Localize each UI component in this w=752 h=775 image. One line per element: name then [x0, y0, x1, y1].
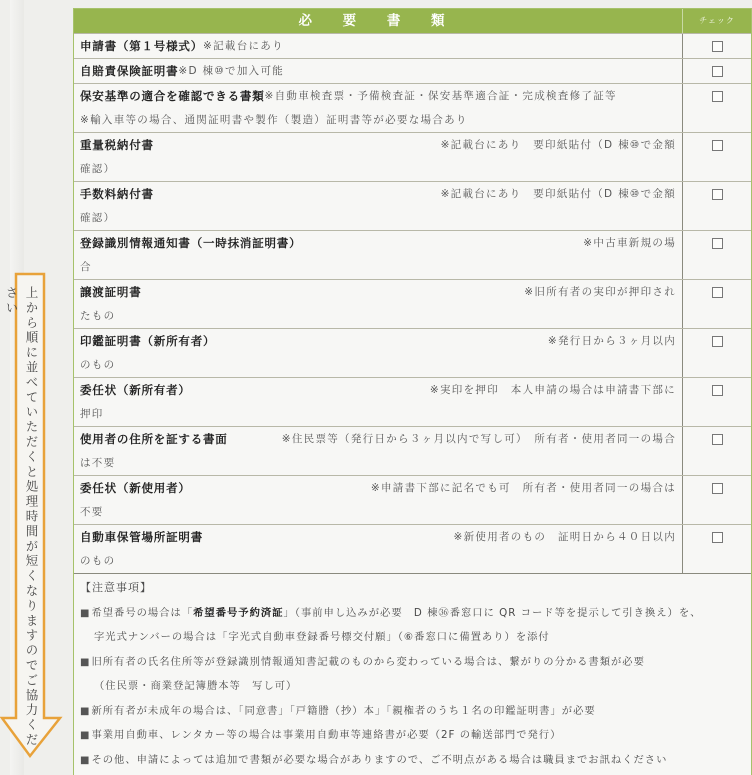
document-row: 登録識別情報通知書（一時抹消証明書）※中古車新規の場 合 [74, 230, 751, 279]
document-row: 印鑑証明書（新所有者）※発行日から３ヶ月以内 のもの [74, 328, 751, 377]
document-title: 譲渡証明書 [80, 280, 142, 304]
document-note-continued: 確認） [80, 206, 115, 230]
note-item: ■新所有者が未成年の場合は、「同意書」「戸籍謄（抄）本」「親権者のうち１名の印鑑… [80, 699, 745, 724]
document-note: ※記載台にあり 要印紙貼付（D 棟⑩で金額 [441, 182, 676, 206]
check-box[interactable] [712, 66, 723, 77]
document-title: 保安基準の適合を確認できる書類 [80, 84, 265, 108]
check-box[interactable] [712, 483, 723, 494]
notes-section: 【注意事項】 ■希望番号の場合は「希望番号予約済証」（事前申し込みが必要 D 棟… [74, 573, 751, 775]
check-box[interactable] [712, 434, 723, 445]
document-title: 申請書（第１号様式） [80, 34, 203, 58]
document-note: ※記載台にあり [203, 34, 284, 58]
required-documents-table: 必 要 書 類 チェック 申請書（第１号様式）※記載台にあり 自賠責保険証明書※… [73, 8, 752, 775]
check-box[interactable] [712, 532, 723, 543]
table-header: 必 要 書 類 チェック [74, 9, 751, 33]
document-note: ※申請書下部に記名でも可 所有者・使用者同一の場合は [371, 476, 676, 500]
document-row: 使用者の住所を証する書面※住民票等（発行日から３ヶ月以内で写し可） 所有者・使用… [74, 426, 751, 475]
document-title: 委任状（新使用者） [80, 476, 191, 500]
check-box[interactable] [712, 91, 723, 102]
document-note: ※中古車新規の場 [583, 231, 676, 255]
note-item: ■希望番号の場合は「希望番号予約済証」（事前申し込みが必要 D 棟㊱番窓口に Q… [80, 601, 745, 626]
document-note: ※D 棟⑩で加入可能 [178, 59, 284, 83]
document-note: ※記載台にあり 要印紙貼付（D 棟⑩で金額 [441, 133, 676, 157]
document-row: 手数料納付書※記載台にあり 要印紙貼付（D 棟⑩で金額 確認） [74, 181, 751, 230]
document-note-continued: 合 [80, 255, 92, 279]
document-row: 委任状（新使用者）※申請書下部に記名でも可 所有者・使用者同一の場合は 不要 [74, 475, 751, 524]
document-title: 使用者の住所を証する書面 [80, 427, 228, 451]
document-note-continued: 押印 [80, 402, 104, 426]
document-note: ※発行日から３ヶ月以内 [548, 329, 676, 353]
note-item-continued: （住民票・商業登記簿謄本等 写し可） [80, 674, 745, 699]
document-title: 登録識別情報通知書（一時抹消証明書） [80, 231, 301, 255]
document-row: 自賠責保険証明書※D 棟⑩で加入可能 [74, 58, 751, 83]
document-note-continued: のもの [80, 353, 115, 377]
document-row: 重量税納付書※記載台にあり 要印紙貼付（D 棟⑩で金額 確認） [74, 132, 751, 181]
document-row: 譲渡証明書※旧所有者の実印が押印され たもの [74, 279, 751, 328]
document-note-continued: 確認） [80, 157, 115, 181]
document-note: ※新使用者のもの 証明日から４０日以内 [454, 525, 677, 549]
document-title: 委任状（新所有者） [80, 378, 191, 402]
check-box[interactable] [712, 140, 723, 151]
document-note-continued: のもの [80, 549, 115, 573]
document-note-continued: ※輸入車等の場合、通関証明書や製作（製造）証明書等が必要な場合あり [80, 108, 468, 132]
document-title: 重量税納付書 [80, 133, 154, 157]
check-column-header: チェック [683, 9, 751, 33]
check-box[interactable] [712, 287, 723, 298]
check-box[interactable] [712, 41, 723, 52]
document-title: 手数料納付書 [80, 182, 154, 206]
order-instruction-text: 上から順に並べていただくと処理時間が短くなりますのでご協力ください [21, 286, 41, 760]
note-emphasis: 希望番号予約済証 [193, 607, 283, 619]
bullet-square-icon: ■ [80, 730, 90, 741]
document-note: ※住民票等（発行日から３ヶ月以内で写し可） 所有者・使用者同一の場合 [282, 427, 676, 451]
table-title: 必 要 書 類 [74, 9, 683, 33]
document-row: 自動車保管場所証明書※新使用者のもの 証明日から４０日以内 のもの [74, 524, 751, 573]
document-row: 保安基準の適合を確認できる書類※自動車検査票・予備検査証・保安基準適合証・完成検… [74, 83, 751, 132]
document-note-continued: は不要 [80, 451, 115, 475]
check-box[interactable] [712, 238, 723, 249]
bullet-square-icon: ■ [80, 608, 90, 619]
bullet-square-icon: ■ [80, 657, 90, 668]
check-box[interactable] [712, 336, 723, 347]
note-item: ■その他、申請によっては追加で書類が必要な場合がありますので、ご不明点がある場合… [80, 748, 745, 773]
document-note: ※自動車検査票・予備検査証・保安基準適合証・完成検査修了証等 [265, 84, 617, 108]
document-note: ※旧所有者の実印が押印され [524, 280, 676, 304]
document-row: 委任状（新所有者）※実印を押印 本人申請の場合は申請書下部に 押印 [74, 377, 751, 426]
notes-heading: 【注意事項】 [80, 576, 745, 601]
order-arrow: 上から順に並べていただくと処理時間が短くなりますのでご協力ください [0, 272, 64, 760]
document-title: 自動車保管場所証明書 [80, 525, 203, 549]
bullet-square-icon: ■ [80, 706, 90, 717]
bullet-square-icon: ■ [80, 755, 90, 766]
check-box[interactable] [712, 189, 723, 200]
note-item-continued: 字光式ナンバーの場合は「字光式自動車登録番号標交付願」（⑥番窓口に備置あり）を添… [80, 625, 745, 650]
check-box[interactable] [712, 385, 723, 396]
note-item: ■事業用自動車、レンタカー等の場合は事業用自動車等連絡書が必要（2F の輸送部門… [80, 723, 745, 748]
document-row: 申請書（第１号様式）※記載台にあり [74, 33, 751, 58]
document-note-continued: 不要 [80, 500, 104, 524]
document-title: 自賠責保険証明書 [80, 59, 178, 83]
document-note-continued: たもの [80, 304, 115, 328]
note-item: ■旧所有者の氏名住所等が登録識別情報通知書記載のものから変わっている場合は、繋が… [80, 650, 745, 675]
document-title: 印鑑証明書（新所有者） [80, 329, 215, 353]
document-note: ※実印を押印 本人申請の場合は申請書下部に [430, 378, 676, 402]
